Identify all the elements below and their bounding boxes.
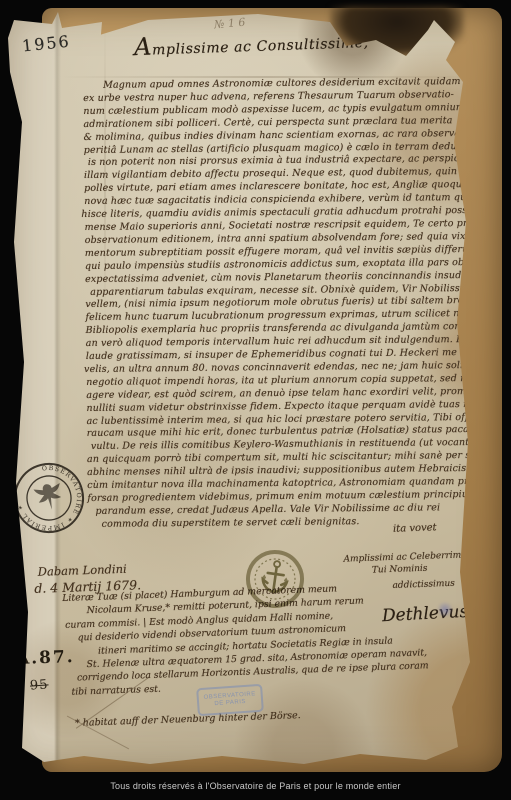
letter-salutation: Amplissime ac Consultissime, — [134, 25, 369, 61]
letter-body: Magnum apud omnes Astronomiæ cultores de… — [83, 76, 504, 532]
observatoire-de-paris-stamp: OBSERVATOIRE DE PARIS — [196, 684, 264, 717]
paris-stamp-line: DE PARIS — [214, 699, 246, 708]
footnote-german: * habitat auff der Neuenburg hinter der … — [75, 710, 301, 729]
crossed-out-number: 95 — [29, 677, 49, 693]
vow-phrase: ita vovet — [393, 522, 437, 535]
blue-smudge — [436, 602, 454, 617]
anchor-icon — [261, 560, 289, 594]
shelfmark: A.87. — [16, 647, 75, 669]
copyright-caption-bar: Tous droits réservés à l'Observatoire de… — [0, 772, 511, 800]
anchor-library-stamp — [240, 544, 310, 614]
dateline-place: Dabam Londini — [37, 561, 140, 579]
archive-number: 1956 — [21, 32, 71, 56]
manuscript-page: 1956 № 1 6 Amplissime ac Consultissime, … — [8, 12, 500, 770]
photo-frame: 1956 № 1 6 Amplissime ac Consultissime, … — [0, 0, 511, 800]
copyright-caption: Tous droits réservés à l'Observatoire de… — [110, 781, 400, 791]
observatoire-imperial-stamp: OBSERVATOIRE ✶ IMPERIAL ✶ — [3, 452, 95, 544]
imperial-eagle-icon — [33, 481, 65, 513]
